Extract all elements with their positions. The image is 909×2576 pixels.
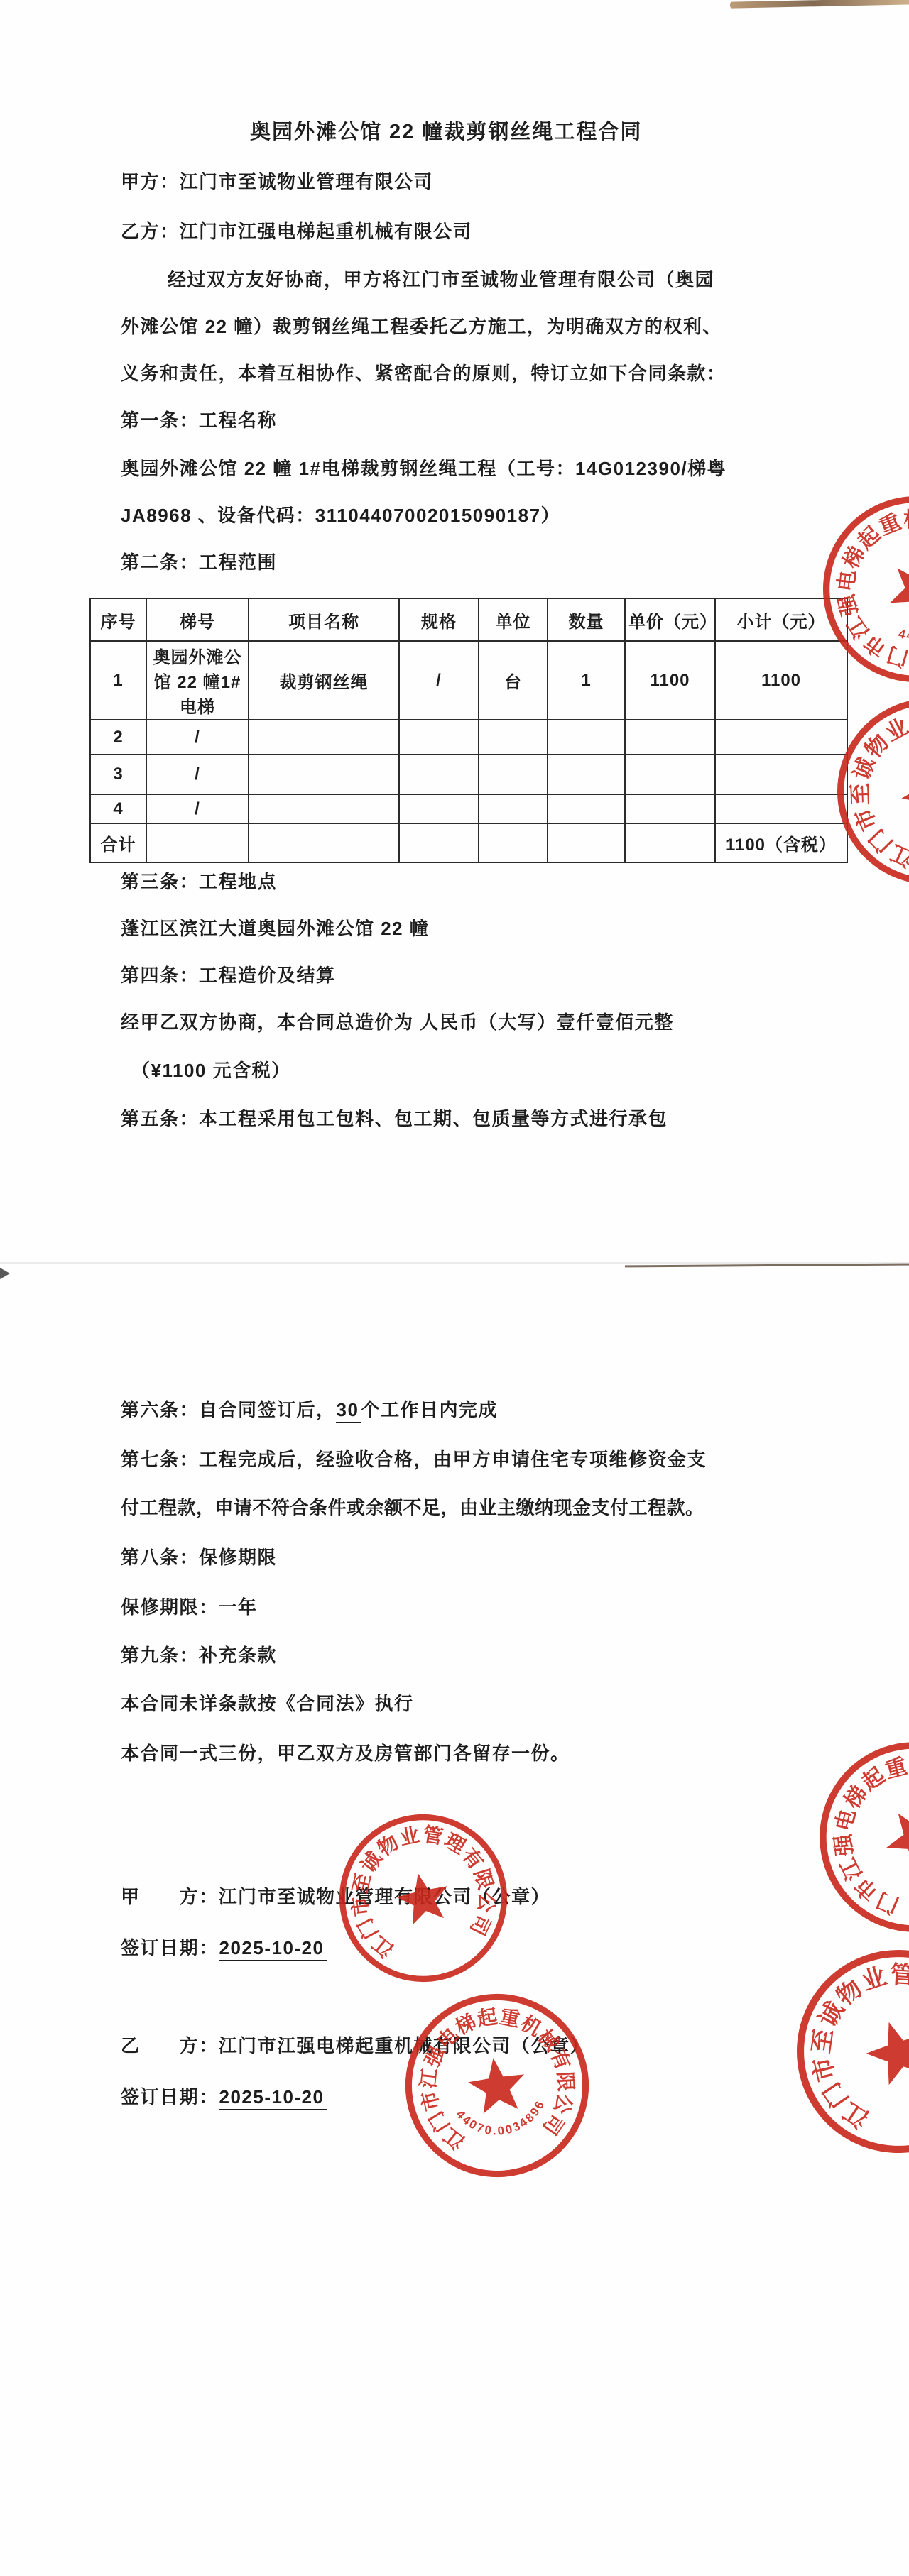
preamble-line-1: 经过双方友好协商，甲方将江门市至诚物业管理有限公司（奥园 [168, 265, 714, 292]
cell-item: 裁剪钢丝绳 [249, 641, 399, 720]
col-header-price: 单价（元） [625, 598, 715, 641]
col-header-subtotal: 小计（元） [715, 598, 847, 641]
clause1-heading: 第一条：工程名称 [121, 406, 277, 432]
table-row: 1 奥园外滩公馆 22 幢1#电梯 裁剪钢丝绳 / 台 1 1100 1100 [90, 641, 847, 720]
clause4-line2: （¥1100 元含税） [131, 1056, 291, 1083]
clause3-heading: 第三条：工程地点 [121, 867, 277, 894]
clause7-line2: 付工程款，申请不符合条件或余额不足，由业主缴纳现金支付工程款。 [121, 1493, 704, 1520]
signature-party-b-line: 乙 方：江门市江强电梯起重机械有限公司（公章） [121, 2032, 589, 2058]
clause6-underlined-value: 30 [336, 1399, 361, 1423]
cell-unit: 台 [479, 641, 548, 720]
cell-spec: / [399, 641, 479, 720]
seal-star-icon [859, 2012, 909, 2088]
clause1-line2: JA8968 、设备代码：31104407002015090187） [121, 501, 560, 527]
seal-company-name: 江门市江强电梯起重机械有限公司 [771, 1694, 909, 1946]
seal-star-icon [874, 1797, 909, 1876]
svg-text:江门市至诚物业管理有限公司: 江门市至诚物业管理有限公司 [785, 1939, 909, 2141]
table-total-row: 合计 1100（含税） [90, 823, 847, 862]
total-value: 1100（含税） [715, 823, 847, 862]
clause1-line1: 奥园外滩公馆 22 幢 1#电梯裁剪钢丝绳工程（工号：14G012390/梯粤 [121, 454, 726, 481]
svg-text:44070.0034896: 44070.0034896 [892, 570, 909, 661]
col-header-item: 项目名称 [249, 598, 399, 641]
page-edge-mark [0, 1268, 10, 1279]
works-scope-table: 序号 梯号 项目名称 规格 单位 数量 单价（元） 小计（元） 1 奥园外滩公馆… [89, 598, 848, 863]
clause7-line1: 第七条：工程完成后，经验收合格，由甲方申请住宅专项维修资金支 [121, 1445, 707, 1471]
svg-text:江门市江强电梯起重机械有限公司: 江门市江强电梯起重机械有限公司 [771, 1694, 909, 1946]
preamble-line-2: 外滩公馆 22 幢）裁剪钢丝绳工程委托乙方施工，为明确双方的权利、 [121, 312, 722, 339]
date-label: 签订日期： [121, 2086, 219, 2108]
seal-star-icon [876, 549, 909, 627]
table-row: 3 / [90, 755, 847, 794]
preamble-line-3: 义务和责任，本着互相协作、紧密配合的原则，特订立如下合同条款： [121, 359, 726, 385]
table-header-row: 序号 梯号 项目名称 规格 单位 数量 单价（元） 小计（元） [90, 598, 847, 641]
cell-no: 1 [90, 641, 146, 720]
clause6-post: 个工作日内完成 [361, 1399, 498, 1420]
cell-price: 1100 [625, 641, 715, 720]
svg-text:44070.0034896: 44070.0034896 [452, 2096, 551, 2144]
date-value: 2025-10-20 [219, 2086, 327, 2110]
clause4-line1: 经甲乙双方协商，本合同总造价为 人民币（大写）壹仟壹佰元整 [121, 1008, 674, 1034]
seal-star-icon [892, 753, 909, 828]
seal-star-icon [465, 2054, 529, 2115]
cell-lift: / [146, 794, 249, 823]
clause5-heading: 第五条：本工程采用包工包料、包工期、包质量等方式进行承包 [121, 1105, 668, 1131]
company-seal-party-a-edge-page2: 江门市至诚物业管理有限公司 [760, 1913, 909, 2191]
signature-party-b-date: 签订日期：2025-10-20 [121, 2083, 327, 2110]
col-header-no: 序号 [90, 598, 146, 641]
page-edge-line [625, 1264, 909, 1268]
company-seal-party-b-edge-page2: 江门市江强电梯起重机械有限公司 [771, 1694, 909, 1980]
cell-subtotal: 1100 [715, 641, 847, 720]
date-label: 签订日期： [121, 1937, 219, 1958]
clause8-body: 保修期限：一年 [121, 1593, 258, 1619]
signature-party-a-date: 签订日期：2025-10-20 [121, 1934, 327, 1961]
clause6-line: 第六条：自合同签订后，30个工作日内完成 [121, 1396, 498, 1423]
clause8-heading: 第八条：保修期限 [121, 1543, 277, 1569]
cell-lift: 奥园外滩公馆 22 幢1#电梯 [146, 641, 249, 720]
col-header-qty: 数量 [548, 598, 625, 641]
total-label: 合计 [90, 823, 146, 862]
col-header-unit: 单位 [479, 598, 548, 641]
table-row: 2 / [90, 720, 847, 755]
scan-edge-smudge [730, 0, 909, 9]
party-a-line: 甲方：江门市至诚物业管理有限公司 [121, 168, 433, 194]
date-value: 2025-10-20 [219, 1937, 327, 1961]
scanned-contract-document: 奥园外滩公馆 22 幢裁剪钢丝绳工程合同 甲方：江门市至诚物业管理有限公司 乙方… [0, 0, 909, 2576]
col-header-lift: 梯号 [146, 598, 249, 641]
page-break-shadow [0, 1262, 909, 1264]
cell-lift: / [146, 720, 249, 755]
svg-text:江门市江强电梯起重机械有限公司: 江门市江强电梯起重机械有限公司 [407, 1996, 585, 2158]
company-seal-party-b: 江门市江强电梯起重机械有限公司 44070.0034896 [385, 1973, 609, 2198]
cell-no: 3 [90, 755, 146, 794]
cell-no: 2 [90, 720, 146, 755]
cell-lift: / [146, 755, 249, 794]
cell-qty: 1 [548, 641, 625, 720]
clause2-heading: 第二条：工程范围 [121, 548, 277, 574]
col-header-spec: 规格 [399, 598, 479, 641]
clause3-body: 蓬江区滨江大道奥园外滩公馆 22 幢 [121, 914, 429, 941]
clause9-line2: 本合同一式三份，甲乙双方及房管部门各留存一份。 [121, 1739, 570, 1765]
clause9-line1: 本合同未详条款按《合同法》执行 [121, 1689, 414, 1716]
seal-company-name: 江门市江强电梯起重机械有限公司 [407, 1996, 585, 2158]
seal-number: 44070.0034896 [452, 2096, 551, 2144]
party-b-line: 乙方：江门市江强电梯起重机械有限公司 [121, 217, 472, 243]
signature-party-a-line: 甲 方：江门市至诚物业管理有限公司（公章） [121, 1882, 550, 1909]
clause6-pre: 第六条：自合同签订后， [121, 1399, 336, 1420]
clause9-heading: 第九条：补充条款 [121, 1641, 277, 1667]
seal-company-name: 江门市至诚物业管理有限公司 [785, 1939, 909, 2141]
contract-title: 奥园外滩公馆 22 幢裁剪钢丝绳工程合同 [250, 116, 642, 145]
seal-number: 44070.0034896 [892, 570, 909, 661]
clause4-heading: 第四条：工程造价及结算 [121, 961, 336, 987]
table-row: 4 / [90, 794, 847, 823]
cell-no: 4 [90, 794, 146, 823]
